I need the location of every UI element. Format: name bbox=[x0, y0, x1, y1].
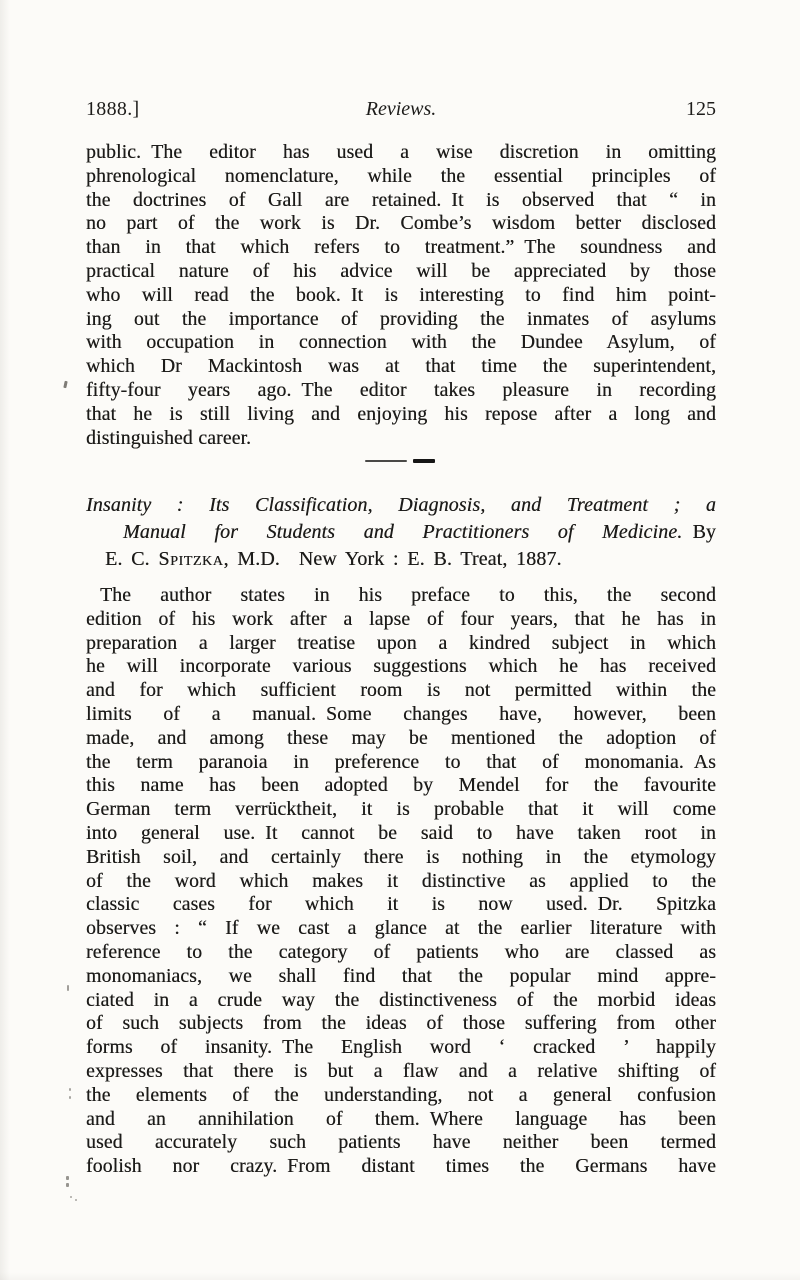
text-line: ciated in a crude way the distinctivenes… bbox=[86, 989, 716, 1013]
author-initials: E. C. bbox=[105, 548, 158, 570]
text-line: and an annihilation of them. Where langu… bbox=[86, 1108, 716, 1132]
citation-title-line-1: Insanity : Its Classification, Diagnosis… bbox=[86, 492, 716, 519]
text-line: and for which sufficient room is not per… bbox=[86, 679, 716, 703]
text-line: no part of the work is Dr. Combe’s wisdo… bbox=[86, 212, 716, 236]
text-line: expresses that there is but a flaw and a… bbox=[86, 1060, 716, 1084]
book-citation: Insanity : Its Classification, Diagnosis… bbox=[86, 492, 716, 573]
text-line: distinguished career. bbox=[86, 427, 716, 451]
text-line: observes : “ If we cast a glance at the … bbox=[86, 917, 716, 941]
header-running-title: Reviews. bbox=[246, 98, 556, 120]
header-date: 1888.] bbox=[86, 98, 246, 120]
citation-author-line: E. C. Spitzka, M.D. New York : E. B. Tre… bbox=[86, 546, 716, 573]
page-header: 1888.] Reviews. 125 bbox=[86, 98, 716, 120]
text-line: the term paranoia in preference to that … bbox=[86, 751, 716, 775]
text-line: the elements of the understanding, not a… bbox=[86, 1084, 716, 1108]
text-line: phrenological nomenclature, while the es… bbox=[86, 165, 716, 189]
review-continuation-paragraph: public. The editor has used a wise discr… bbox=[86, 141, 716, 450]
section-divider bbox=[0, 459, 800, 463]
text-line: that he is still living and enjoying his… bbox=[86, 403, 716, 427]
review-body-paragraph: The author states in his preface to this… bbox=[86, 584, 716, 1179]
text-line: fifty-four years ago. The editor takes p… bbox=[86, 379, 716, 403]
text-line: with occupation in connection with the D… bbox=[86, 331, 716, 355]
citation-subtitle: Manual for Students and Practitioners of… bbox=[123, 521, 692, 543]
text-line: limits of a manual. Some changes have, h… bbox=[86, 703, 716, 727]
text-line: the doctrines of Gall are retained. It i… bbox=[86, 189, 716, 213]
text-line: he will incorporate various suggestions … bbox=[86, 655, 716, 679]
text-line: foolish nor crazy. From distant times th… bbox=[86, 1155, 716, 1179]
citation-title-line-2: Manual for Students and Practitioners of… bbox=[86, 519, 716, 546]
text-line: than in that which refers to treatment.”… bbox=[86, 236, 716, 260]
citation-by: By bbox=[692, 521, 716, 543]
text-line: of the word which makes it distinctive a… bbox=[86, 870, 716, 894]
header-page-number: 125 bbox=[556, 98, 716, 120]
text-line: of such subjects from the ideas of those… bbox=[86, 1012, 716, 1036]
text-line: The author states in his preface to this… bbox=[86, 584, 716, 608]
scan-speck bbox=[67, 985, 69, 991]
scan-speck bbox=[69, 1088, 71, 1091]
text-line: this name has been adopted by Mendel for… bbox=[86, 774, 716, 798]
scan-speck bbox=[63, 381, 67, 388]
scan-speck bbox=[70, 1196, 72, 1198]
divider-dash-short bbox=[413, 459, 435, 463]
text-line: made, and among these may be mentioned t… bbox=[86, 727, 716, 751]
text-line: monomaniacs, we shall find that the popu… bbox=[86, 965, 716, 989]
text-line: practical nature of his advice will be a… bbox=[86, 260, 716, 284]
text-line: used accurately such patients have neith… bbox=[86, 1131, 716, 1155]
text-line: reference to the category of patients wh… bbox=[86, 941, 716, 965]
text-line: edition of his work after a lapse of fou… bbox=[86, 608, 716, 632]
text-line: public. The editor has used a wise discr… bbox=[86, 141, 716, 165]
author-surname-small-caps: Spitzka bbox=[158, 548, 223, 570]
text-line: forms of insanity. The English word ‘ cr… bbox=[86, 1036, 716, 1060]
text-line: preparation a larger treatise upon a kin… bbox=[86, 632, 716, 656]
text-line: who will read the book. It is interestin… bbox=[86, 284, 716, 308]
journal-page: 1888.] Reviews. 125 public. The editor h… bbox=[0, 0, 800, 1280]
text-line: German term verrücktheit, it is probable… bbox=[86, 798, 716, 822]
scan-speck bbox=[66, 1176, 69, 1180]
text-line: ing out the importance of providing the … bbox=[86, 308, 716, 332]
text-line: which Dr Mackintosh was at that time the… bbox=[86, 355, 716, 379]
text-line: British soil, and certainly there is not… bbox=[86, 846, 716, 870]
text-line: classic cases for which it is now used. … bbox=[86, 893, 716, 917]
citation-imprint: , M.D. New York : E. B. Treat, 1887. bbox=[223, 548, 561, 570]
divider-dash-long bbox=[365, 460, 407, 463]
text-line: into general use. It cannot be said to h… bbox=[86, 822, 716, 846]
